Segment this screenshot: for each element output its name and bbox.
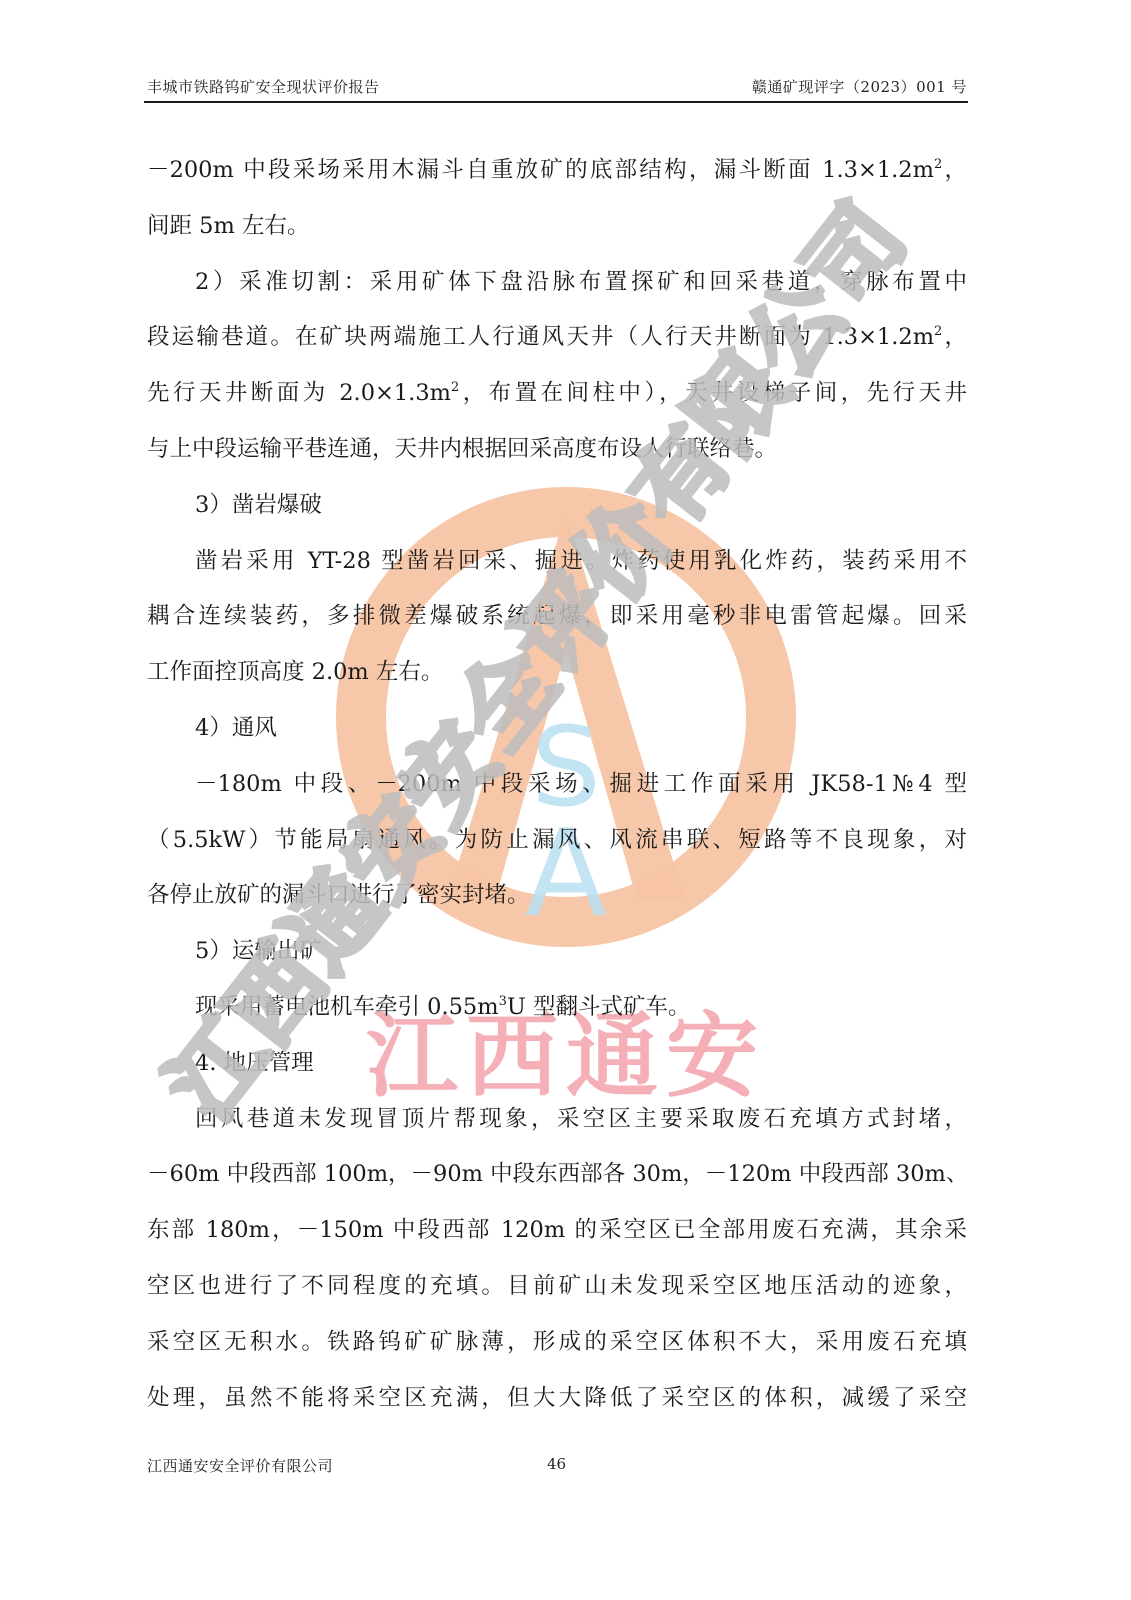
section-heading-ventilation: 4）通风 xyxy=(147,710,967,766)
text-line: 采空区无积水。铁路钨矿矿脉薄，形成的采空区体积不大，采用废石充填 xyxy=(147,1324,967,1380)
text-line: 间距 5m 左右。 xyxy=(147,208,967,264)
text-line: 回风巷道未发现冒顶片帮现象，采空区主要采取废石充填方式封堵， xyxy=(147,1101,967,1157)
page-number: 46 xyxy=(547,1455,566,1473)
header-divider xyxy=(144,101,968,103)
text-line: 与上中段运输平巷连通，天井内根据回采高度布设人行联络巷。 xyxy=(147,431,967,487)
text-line: 现采用蓄电池机车牵引 0.55m3U 型翻斗式矿车。 xyxy=(147,989,967,1045)
section-heading-mining-prep: 2）采准切割：采用矿体下盘沿脉布置探矿和回采巷道，穿脉布置中 xyxy=(147,264,967,320)
section-heading-ground-pressure: 4. 地压管理 xyxy=(147,1045,967,1101)
footer-company: 江西通安安全评价有限公司 xyxy=(147,1455,333,1476)
text-line: －180m 中段、－200m 中段采场、掘进工作面采用 JK58-1№4 型 xyxy=(147,766,967,822)
text-line: 空区也进行了不同程度的充填。目前矿山未发现采空区地压活动的迹象， xyxy=(147,1268,967,1324)
section-heading-transport: 5）运输出矿 xyxy=(147,933,967,989)
text-line: 工作面控顶高度 2.0m 左右。 xyxy=(147,654,967,710)
report-number: 赣通矿现评字（2023）001 号 xyxy=(752,76,967,97)
text-line: （5.5kW）节能局扇通风。为防止漏风、风流串联、短路等不良现象，对 xyxy=(147,822,967,878)
text-line: 各停止放矿的漏斗口进行了密实封堵。 xyxy=(147,877,967,933)
text-line: 先行天井断面为 2.0×1.3m2，布置在间柱中），天井设梯子间，先行天井 xyxy=(147,375,967,431)
document-page: S A 江西通安 丰城市铁路钨矿安全现状评价报告 赣通矿现评字（2023）001… xyxy=(0,0,1131,1600)
section-heading-drilling-blasting: 3）凿岩爆破 xyxy=(147,487,967,543)
text-line: 段运输巷道。在矿块两端施工人行通风天井（人行天井断面为 1.3×1.2m2， xyxy=(147,319,967,375)
text-line: 凿岩采用 YT-28 型凿岩回采、掘进。炸药使用乳化炸药，装药采用不 xyxy=(147,543,967,599)
body-text: －200m 中段采场采用木漏斗自重放矿的底部结构，漏斗断面 1.3×1.2m2，… xyxy=(147,152,967,1435)
text-line: －200m 中段采场采用木漏斗自重放矿的底部结构，漏斗断面 1.3×1.2m2， xyxy=(147,152,967,208)
text-line: 东部 180m，－150m 中段西部 120m 的采空区已全部用废石充满，其余采 xyxy=(147,1212,967,1268)
text-line: －60m 中段西部 100m，－90m 中段东西部各 30m，－120m 中段西… xyxy=(147,1156,967,1212)
text-line: 处理，虽然不能将采空区充满，但大大降低了采空区的体积，减缓了采空 xyxy=(147,1380,967,1436)
page-footer: 江西通安安全评价有限公司 46 xyxy=(147,1455,967,1477)
text-line: 耦合连续装药，多排微差爆破系统起爆，即采用毫秒非电雷管起爆。回采 xyxy=(147,598,967,654)
page-header: 丰城市铁路钨矿安全现状评价报告 赣通矿现评字（2023）001 号 xyxy=(147,76,967,100)
report-title: 丰城市铁路钨矿安全现状评价报告 xyxy=(147,76,380,97)
